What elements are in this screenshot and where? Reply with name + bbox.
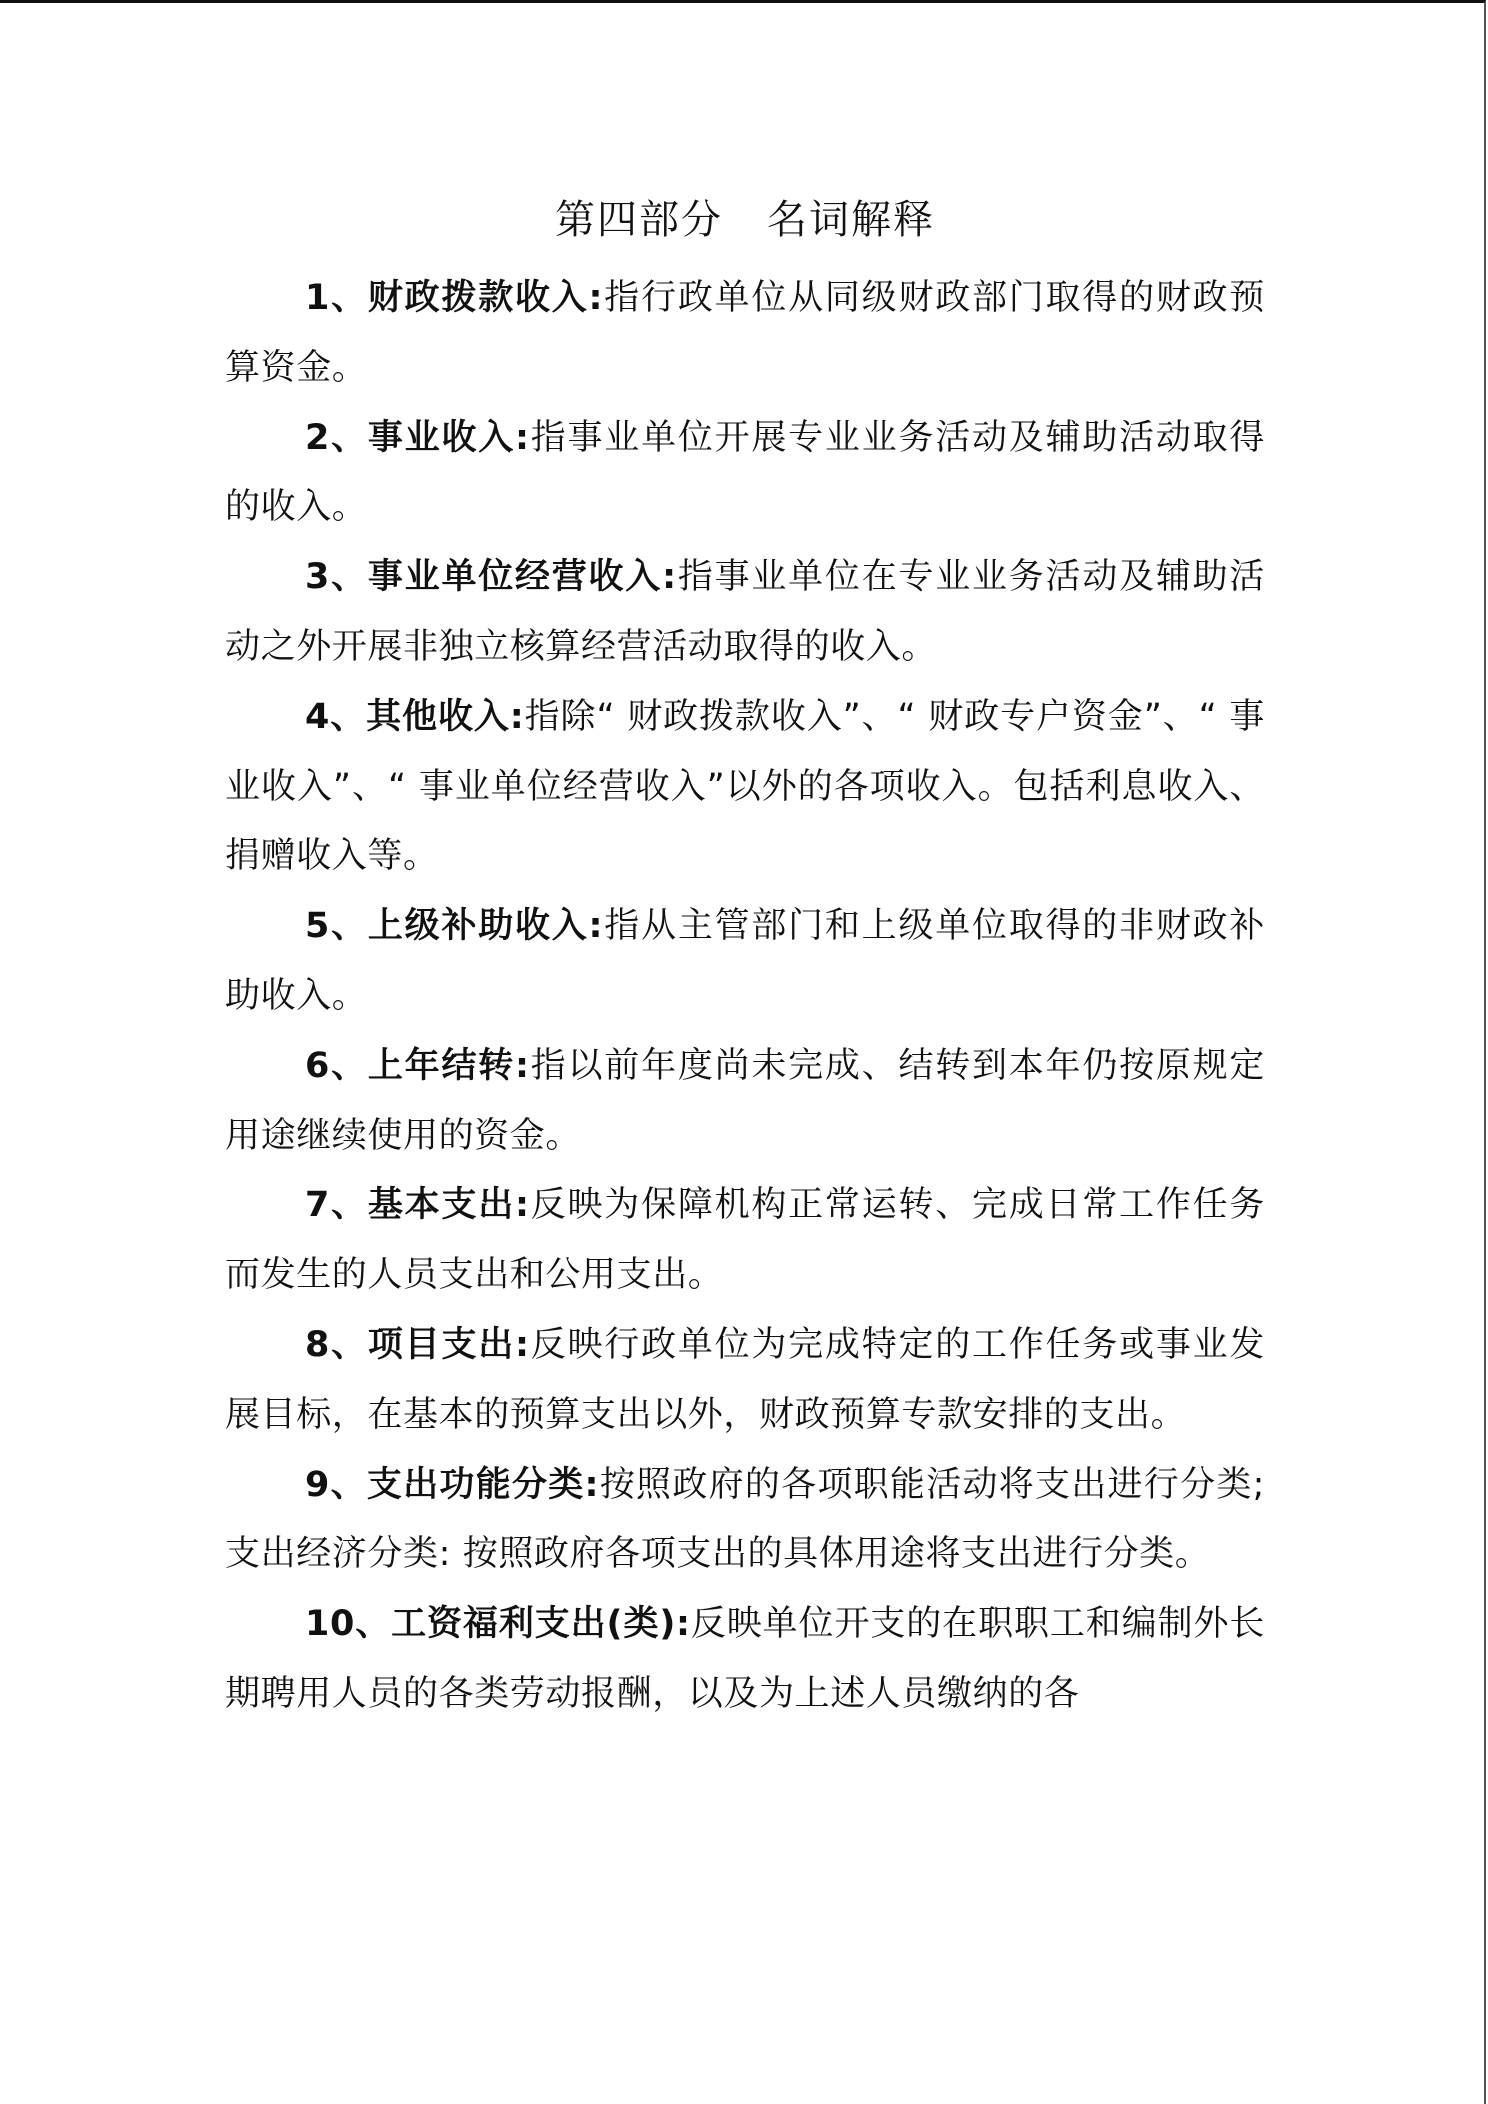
definition-item-9: 9、支出功能分类:按照政府的各项职能活动将支出进行分类; 支出经济分类: 按照政… [225, 1451, 1265, 1591]
definition-term: 支出功能分类: [367, 1465, 599, 1505]
definition-item-2: 2、事业收入:指事业单位开展专业业务活动及辅助活动取得的收入。 [225, 404, 1265, 544]
definition-item-8: 8、项目支出:反映行政单位为完成特定的工作任务或事业发展目标，在基本的预算支出以… [225, 1311, 1265, 1451]
definition-term: 项目支出: [368, 1325, 530, 1365]
definition-number: 6、 [305, 1046, 368, 1086]
definition-number: 2、 [305, 418, 368, 458]
definition-number: 4、 [305, 697, 366, 737]
definition-item-3: 3、事业单位经营收入:指事业单位在专业业务活动及辅助活动之外开展非独立核算经营活… [225, 543, 1265, 683]
definition-number: 9、 [305, 1465, 367, 1505]
definition-item-10: 10、工资福利支出(类):反映单位开支的在职职工和编制外长期聘用人员的各类劳动报… [225, 1590, 1265, 1730]
definition-item-5: 5、上级补助收入:指从主管部门和上级单位取得的非财政补助收入。 [225, 892, 1265, 1032]
definition-item-6: 6、上年结转:指以前年度尚未完成、结转到本年仍按原规定用途继续使用的资金。 [225, 1032, 1265, 1172]
definition-number: 1、 [305, 278, 368, 318]
definition-number: 3、 [305, 557, 368, 597]
definition-item-4: 4、其他收入:指除“ 财政拨款收入”、“ 财政专户资金”、“ 事业收入”、“ 事… [225, 683, 1265, 892]
section-title: 第四部分名词解释 [225, 190, 1265, 250]
section-title-name: 名词解释 [767, 197, 935, 243]
definition-number: 10、 [305, 1604, 391, 1644]
definition-number: 7、 [305, 1185, 368, 1225]
definition-term: 基本支出: [368, 1185, 530, 1225]
definition-number: 5、 [305, 906, 368, 946]
definition-term: 财政拨款收入: [368, 278, 603, 318]
definition-term: 事业收入: [368, 418, 530, 458]
definition-term: 工资福利支出(类): [391, 1604, 690, 1644]
definition-number: 8、 [305, 1325, 368, 1365]
section-title-part: 第四部分 [555, 197, 723, 243]
definition-term: 事业单位经营收入: [368, 557, 677, 597]
document-body: 第四部分名词解释 1、财政拨款收入:指行政单位从同级财政部门取得的财政预算资金。… [225, 190, 1265, 1730]
definition-term: 上级补助收入: [368, 906, 603, 946]
definition-term: 上年结转: [368, 1046, 530, 1086]
definition-term: 其他收入: [366, 697, 524, 737]
definition-item-7: 7、基本支出:反映为保障机构正常运转、完成日常工作任务而发生的人员支出和公用支出… [225, 1171, 1265, 1311]
definition-item-1: 1、财政拨款收入:指行政单位从同级财政部门取得的财政预算资金。 [225, 264, 1265, 404]
